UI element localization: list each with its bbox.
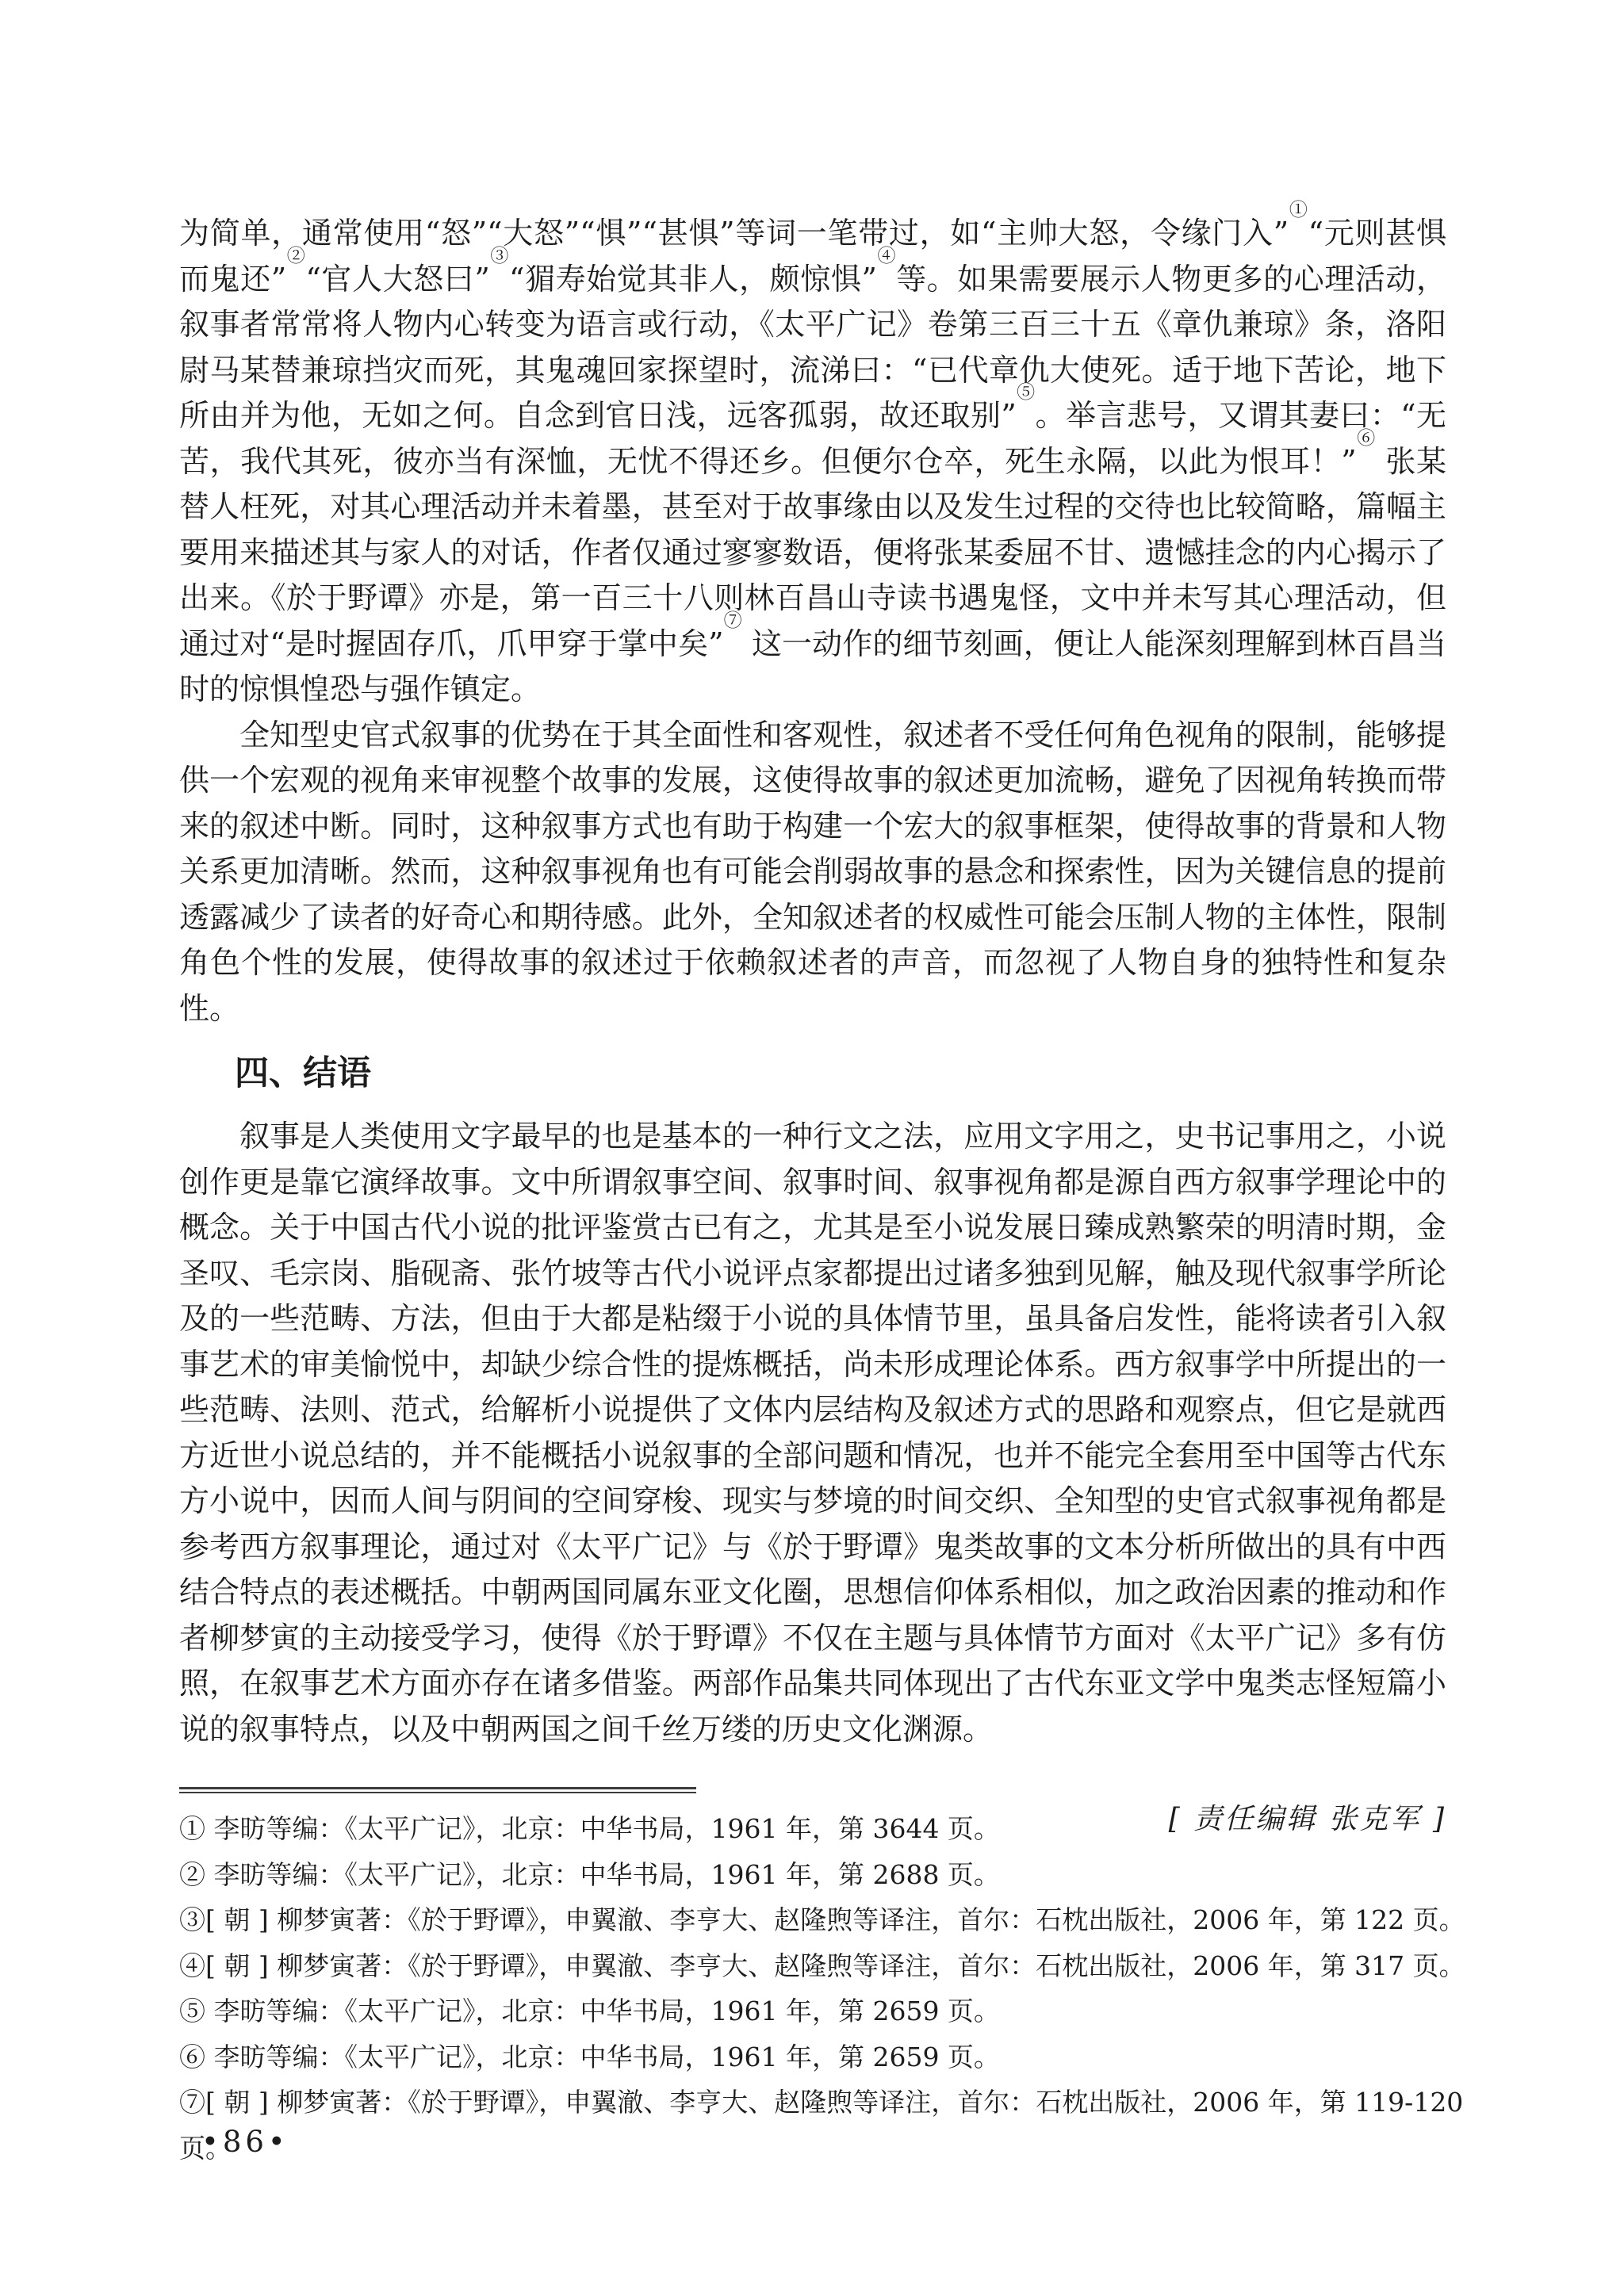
footnote-reference: ② xyxy=(286,246,305,266)
paragraph-psychology-continuation: 为简单，通常使用“怒”“大怒”“惧”“甚惧”等词一笔带过，如“主帅大怒，令缘门入… xyxy=(179,211,1446,713)
paragraph-omniscient-narration: 全知型史官式叙事的优势在于其全面性和客观性，叙述者不受任何角色视角的限制，能够提… xyxy=(179,713,1446,1032)
footnote-reference: ① xyxy=(1289,200,1308,220)
footnote-3: ③[ 朝 ] 柳梦寅著：《於于野谭》，申翼澈、李亨大、赵隆煦等译注，首尔：石枕出… xyxy=(179,1897,1496,1943)
footnote-4: ④[ 朝 ] 柳梦寅著：《於于野谭》，申翼澈、李亨大、赵隆煦等译注，首尔：石枕出… xyxy=(179,1943,1496,1989)
page-number: •86• xyxy=(201,2125,289,2159)
footnote-5: ⑤ 李昉等编：《太平广记》，北京：中华书局，1961 年，第 2659 页。 xyxy=(179,1988,1496,2034)
footnote-2: ② 李昉等编：《太平广记》，北京：中华书局，1961 年，第 2688 页。 xyxy=(179,1852,1496,1898)
footnote-6: ⑥ 李昉等编：《太平广记》，北京：中华书局，1961 年，第 2659 页。 xyxy=(179,2034,1496,2080)
footnote-7: ⑦[ 朝 ] 柳梦寅著：《於于野谭》，申翼澈、李亨大、赵隆煦等译注，首尔：石枕出… xyxy=(179,2080,1496,2171)
footnote-separator xyxy=(179,1787,696,1793)
paragraph-conclusion: 叙事是人类使用文字最早的也是基本的一种行文之法，应用文字用之，史书记事用之，小说… xyxy=(179,1114,1446,1752)
footnote-reference: ⑤ xyxy=(1017,382,1036,403)
footnote-reference: ④ xyxy=(877,246,896,266)
document-page: 为简单，通常使用“怒”“大怒”“惧”“甚惧”等词一笔带过，如“主帅大怒，令缘门入… xyxy=(0,0,1624,2296)
footnote-reference: ③ xyxy=(490,246,509,266)
footnote-reference: ⑦ xyxy=(724,610,742,631)
section-heading-conclusion: 四、结语 xyxy=(235,1054,1446,1093)
footnotes-section: ① 李昉等编：《太平广记》，北京：中华书局，1961 年，第 3644 页。 ②… xyxy=(179,1787,1496,2171)
footnote-reference: ⑥ xyxy=(1357,428,1376,449)
footnote-1: ① 李昉等编：《太平广记》，北京：中华书局，1961 年，第 3644 页。 xyxy=(179,1806,1496,1852)
article-body: 为简单，通常使用“怒”“大怒”“惧”“甚惧”等词一笔带过，如“主帅大怒，令缘门入… xyxy=(179,211,1446,1843)
